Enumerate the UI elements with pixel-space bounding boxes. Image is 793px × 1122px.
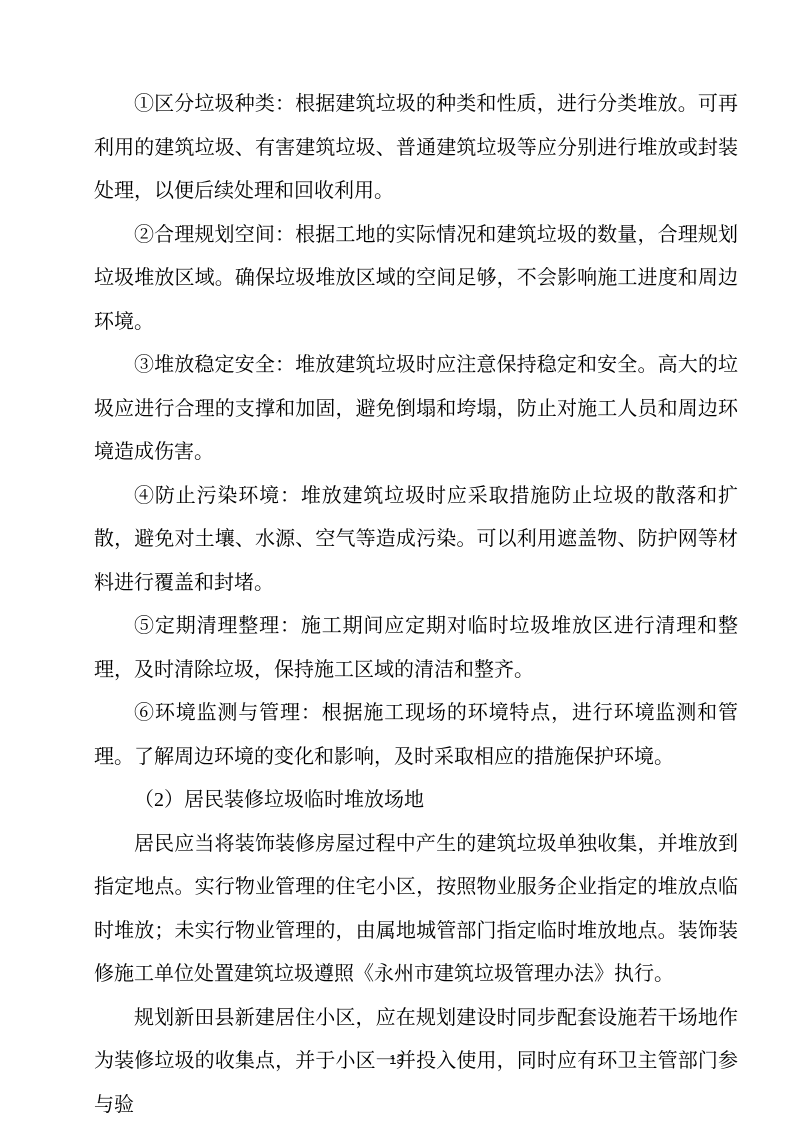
paragraph-item-6: ⑥环境监测与管理：根据施工现场的环境特点，进行环境监测和管理。了解周边环境的变化… (94, 692, 738, 779)
paragraph-item-3: ③堆放稳定安全：堆放建筑垃圾时应注意保持稳定和安全。高大的垃圾应进行合理的支撑和… (94, 344, 738, 475)
paragraph-item-4: ④防止污染环境：堆放建筑垃圾时应采取措施防止垃圾的散落和扩散，避免对土壤、水源、… (94, 475, 738, 606)
document-text-body: ①区分垃圾种类：根据建筑垃圾的种类和性质，进行分类堆放。可再利用的建筑垃圾、有害… (94, 83, 738, 1122)
section-heading: （2）居民装修垃圾临时堆放场地 (94, 779, 738, 823)
paragraph-item-1: ①区分垃圾种类：根据建筑垃圾的种类和性质，进行分类堆放。可再利用的建筑垃圾、有害… (94, 83, 738, 214)
document-page: ①区分垃圾种类：根据建筑垃圾的种类和性质，进行分类堆放。可再利用的建筑垃圾、有害… (0, 0, 793, 1122)
paragraph-item-7: 居民应当将装饰装修房屋过程中产生的建筑垃圾单独收集，并堆放到指定地点。实行物业管… (94, 823, 738, 997)
paragraph-item-5: ⑤定期清理整理：施工期间应定期对临时垃圾堆放区进行清理和整理，及时清除垃圾，保持… (94, 605, 738, 692)
paragraph-item-2: ②合理规划空间：根据工地的实际情况和建筑垃圾的数量，合理规划垃圾堆放区域。确保垃… (94, 214, 738, 345)
page-number: 13 (0, 1052, 793, 1068)
